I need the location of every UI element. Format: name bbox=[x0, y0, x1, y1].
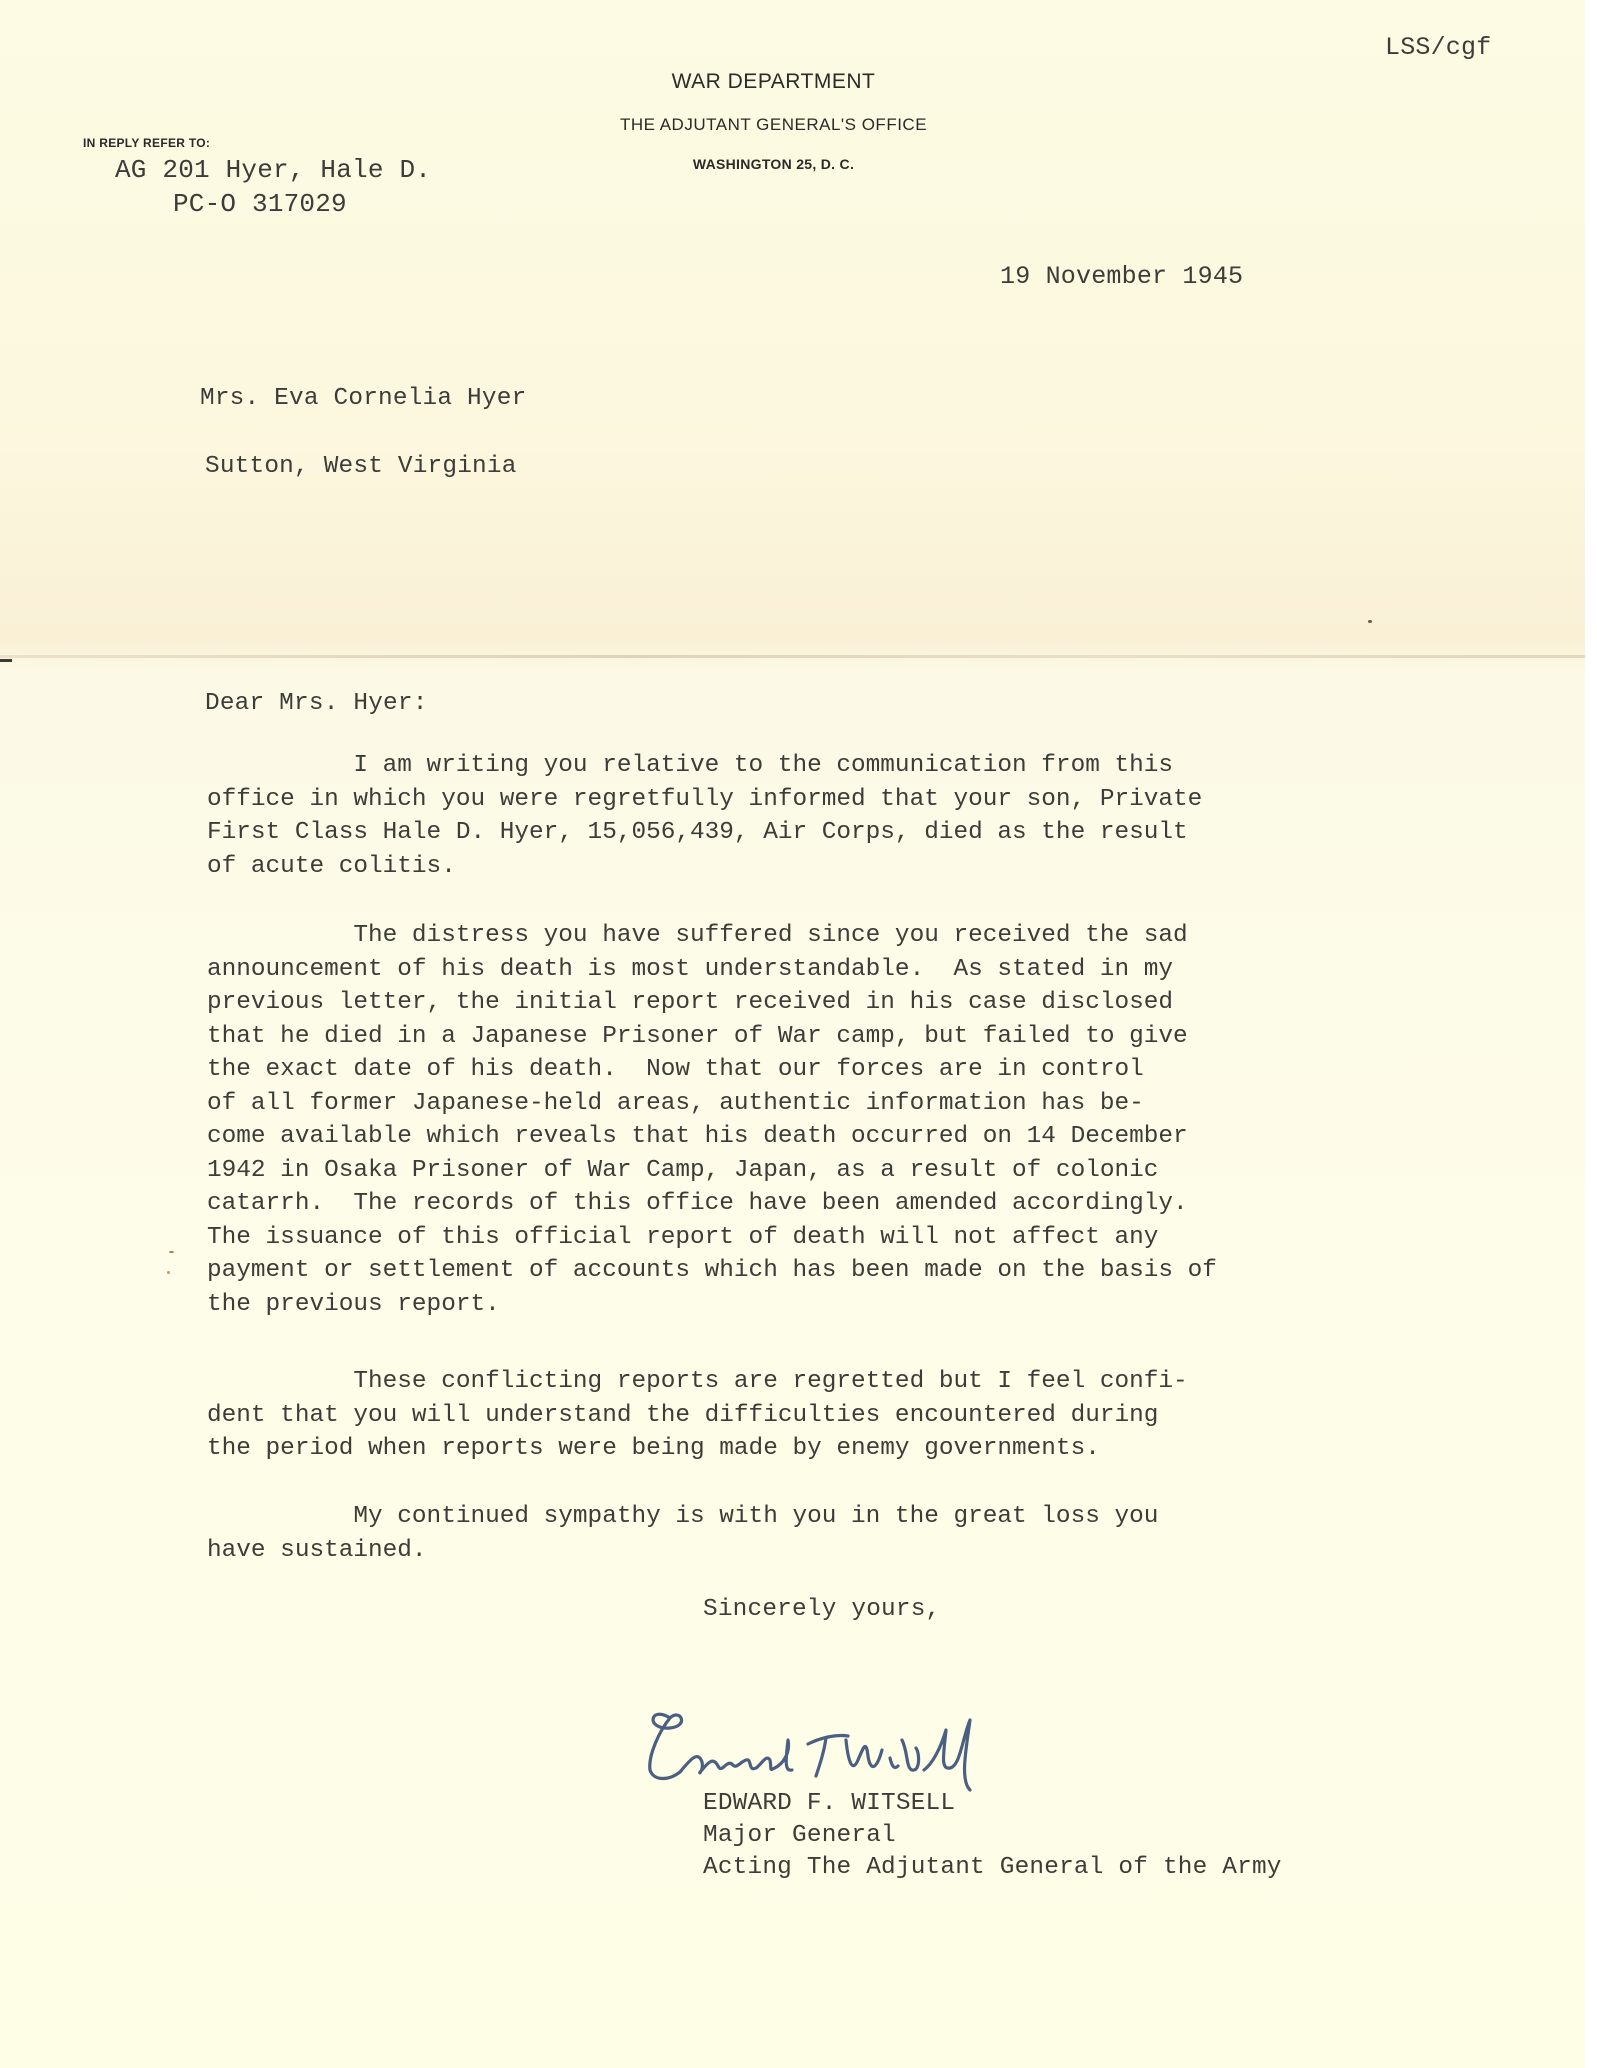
paragraph-line: previous letter, the initial report rece… bbox=[207, 986, 1217, 1020]
recipient-address: Sutton, West Virginia bbox=[205, 453, 517, 480]
paragraph-line: the exact date of his death. Now that ou… bbox=[207, 1053, 1217, 1087]
paragraph-line: of acute colitis. bbox=[207, 850, 1202, 884]
reference-file-line: AG 201 Hyer, Hale D. bbox=[115, 155, 431, 185]
letterhead-department: WAR DEPARTMENT bbox=[0, 70, 1572, 94]
typist-initials: LSS/cgf bbox=[1385, 33, 1491, 62]
salutation: Dear Mrs. Hyer: bbox=[205, 690, 428, 717]
paragraph-line: My continued sympathy is with you in the… bbox=[207, 1500, 1158, 1534]
letterhead-office: THE ADJUTANT GENERAL'S OFFICE bbox=[0, 115, 1572, 135]
reference-code-line: PC-O 317029 bbox=[173, 189, 347, 219]
body-paragraph-1: I am writing you relative to the communi… bbox=[207, 749, 1202, 883]
letter-date: 19 November 1945 bbox=[1000, 262, 1243, 291]
paragraph-line: The distress you have suffered since you… bbox=[207, 919, 1217, 953]
paragraph-line: that he died in a Japanese Prisoner of W… bbox=[207, 1020, 1217, 1054]
reply-reference-label: IN REPLY REFER TO: bbox=[83, 136, 210, 150]
body-paragraph-4: My continued sympathy is with you in the… bbox=[207, 1500, 1158, 1567]
paragraph-line: have sustained. bbox=[207, 1534, 1158, 1568]
paragraph-line: I am writing you relative to the communi… bbox=[207, 749, 1202, 783]
paragraph-line: of all former Japanese-held areas, authe… bbox=[207, 1087, 1217, 1121]
paragraph-line: These conflicting reports are regretted … bbox=[207, 1365, 1188, 1399]
paragraph-line: 1942 in Osaka Prisoner of War Camp, Japa… bbox=[207, 1154, 1217, 1188]
paper-speck bbox=[169, 1251, 174, 1253]
paragraph-line: payment or settlement of accounts which … bbox=[207, 1254, 1217, 1288]
recipient-name: Mrs. Eva Cornelia Hyer bbox=[200, 385, 526, 412]
paragraph-line: The issuance of this official report of … bbox=[207, 1221, 1217, 1255]
paragraph-line: announcement of his death is most unders… bbox=[207, 953, 1217, 987]
signer-title: Acting The Adjutant General of the Army bbox=[703, 1854, 1282, 1881]
paragraph-line: dent that you will understand the diffic… bbox=[207, 1399, 1188, 1433]
signer-rank: Major General bbox=[703, 1822, 896, 1849]
paragraph-line: First Class Hale D. Hyer, 15,056,439, Ai… bbox=[207, 816, 1202, 850]
closing: Sincerely yours, bbox=[703, 1596, 940, 1623]
signer-name: EDWARD F. WITSELL bbox=[703, 1790, 955, 1817]
paragraph-line: come available which reveals that his de… bbox=[207, 1120, 1217, 1154]
body-paragraph-3: These conflicting reports are regretted … bbox=[207, 1365, 1188, 1466]
paragraph-line: the period when reports were being made … bbox=[207, 1432, 1188, 1466]
paper-speck bbox=[167, 1271, 170, 1274]
paragraph-line: office in which you were regretfully inf… bbox=[207, 783, 1202, 817]
fold-mark bbox=[0, 659, 12, 662]
paragraph-line: the previous report. bbox=[207, 1288, 1217, 1322]
paragraph-line: catarrh. The records of this office have… bbox=[207, 1187, 1217, 1221]
paper-speck bbox=[1368, 620, 1372, 623]
body-paragraph-2: The distress you have suffered since you… bbox=[207, 919, 1217, 1321]
